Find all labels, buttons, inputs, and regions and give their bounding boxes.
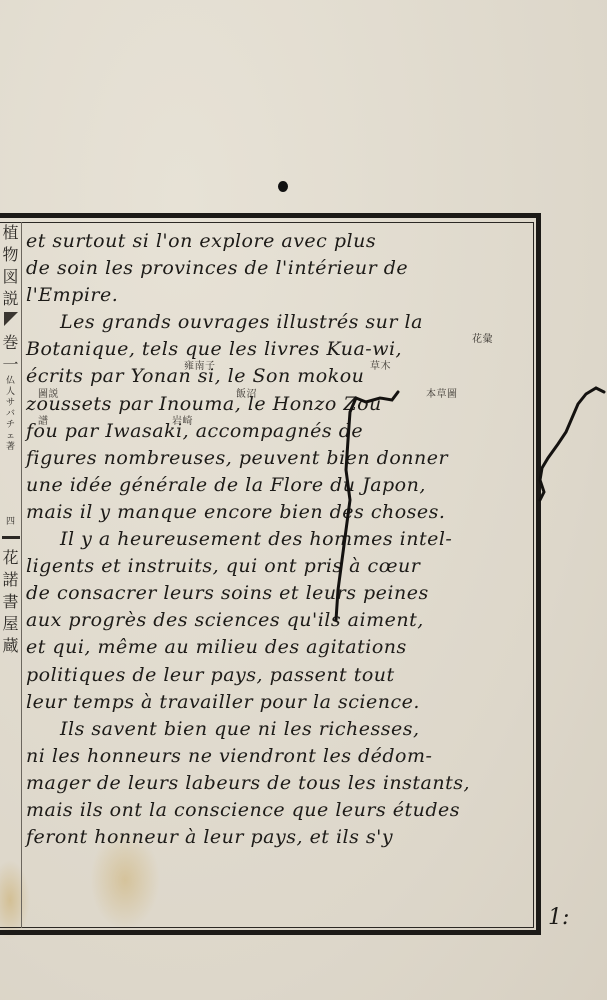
margin-author-char: バ <box>6 409 15 420</box>
margin-title-char: 物 <box>2 244 18 266</box>
text-line-with-annotation: fou par Iwasaki, accompagnés de 譜 岩崎 <box>26 418 534 445</box>
text-line: Ils savent bien que ni les richesses, <box>26 716 534 743</box>
page-mark: 1: <box>548 905 569 930</box>
text-line: de consacrer leurs soins et leurs peines <box>26 580 534 607</box>
margin-author-char: サ <box>6 398 15 409</box>
fold-mark-icon <box>4 312 18 326</box>
text-line: leur temps à travailler pour la science. <box>26 689 534 716</box>
text-line: une idée générale de la Flore du Japon, <box>26 472 534 499</box>
text-line: figures nombreuses, peuvent bien donner <box>26 445 534 472</box>
margin-volume-char: 一 <box>2 354 18 376</box>
margin-author-char: チ <box>6 420 15 431</box>
margin-title-char: 説 <box>2 288 18 310</box>
interlinear-annotation: 花彙 <box>472 326 493 353</box>
text-line: et surtout si l'on explore avec plus <box>26 228 534 255</box>
text-line: fou par Iwasaki, accompagnés de <box>26 420 363 442</box>
interlinear-annotation: 本草圖 <box>426 381 458 408</box>
text-line: mais ils ont la conscience que leurs étu… <box>26 797 534 824</box>
text-line-with-annotation: Botanique, tels que les livres Kua-wi, 花… <box>26 336 534 363</box>
left-margin-column: 植 物 図 説 巻 一 仏 人 サ バ チ ェ 著 四 花 諾 書 屋 蔵 <box>0 222 21 928</box>
manuscript-text: et surtout si l'on explore avec plus de … <box>26 228 534 851</box>
text-line: aux progrès des sciences qu'ils aiment, <box>26 607 534 634</box>
margin-volume-char: 巻 <box>2 332 18 354</box>
margin-author-char: ェ <box>6 431 15 442</box>
library-stamp-char: 蔵 <box>2 635 18 657</box>
margin-rule <box>21 222 22 928</box>
text-line: ni les honneurs ne viendront les dédom- <box>26 743 534 770</box>
text-line: Il y a heureusement des hommes intel- <box>26 526 534 553</box>
text-line: politiques de leur pays, passent tout <box>26 662 534 689</box>
interlinear-annotation: 飯沼 <box>236 381 257 408</box>
interlinear-annotation: 岩崎 <box>172 408 193 435</box>
margin-title-char: 図 <box>2 266 18 288</box>
margin-author-char: 著 <box>6 442 15 453</box>
interlinear-annotation: 草木 <box>370 353 391 380</box>
interlinear-annotation: 雍南子 <box>184 353 216 380</box>
text-line: ligents et instruits, qui ont pris à cœu… <box>26 553 534 580</box>
binding-hole <box>278 181 288 192</box>
margin-author-char: 人 <box>6 387 15 398</box>
library-stamp-char: 書 <box>2 591 18 613</box>
margin-divider <box>2 536 20 539</box>
text-line: l'Empire. <box>26 282 534 309</box>
interlinear-annotation: 圖説 <box>38 381 59 408</box>
text-line: Les grands ouvrages illustrés sur la <box>26 309 534 336</box>
library-stamp-char: 諾 <box>2 569 18 591</box>
text-line: de soin les provinces de l'intérieur de <box>26 255 534 282</box>
text-line: zoussets par Inouma, le Honzo Zou <box>26 393 382 415</box>
text-line: et qui, même au milieu des agitations <box>26 634 534 661</box>
margin-page-number: 四 <box>6 517 15 528</box>
text-line: feront honneur à leur pays, et ils s'y <box>26 824 534 851</box>
text-line: mais il y manque encore bien des choses. <box>26 499 534 526</box>
text-line-with-annotation: écrits par Yonan si, le Son mokou 雍南子 草木 <box>26 363 534 390</box>
library-stamp-char: 花 <box>2 547 18 569</box>
interlinear-annotation: 譜 <box>38 408 49 435</box>
text-line-with-annotation: zoussets par Inouma, le Honzo Zou 圖説 飯沼 … <box>26 391 534 418</box>
text-line: mager de leurs labeurs de tous les insta… <box>26 770 534 797</box>
margin-author-char: 仏 <box>6 376 15 387</box>
library-stamp-char: 屋 <box>2 613 18 635</box>
margin-title-char: 植 <box>2 222 18 244</box>
